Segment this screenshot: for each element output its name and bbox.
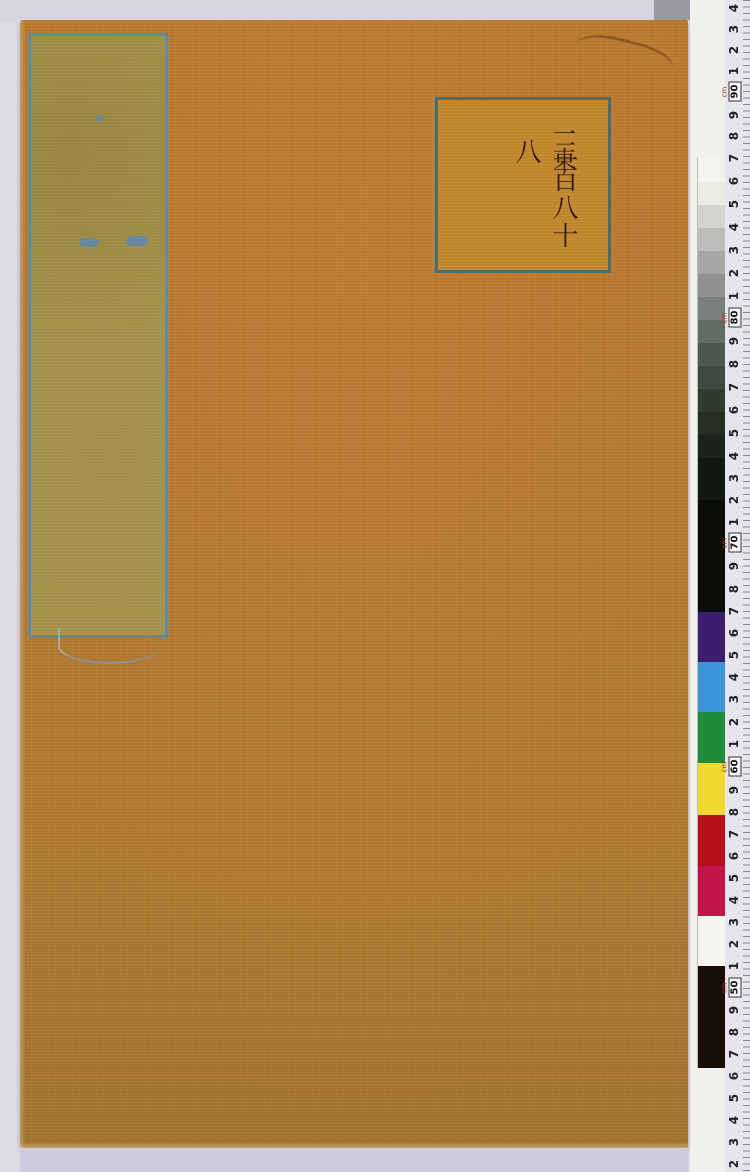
book-cover: 一東 二百八十八 xyxy=(20,20,688,1148)
ruler-label: 7 xyxy=(727,1047,741,1061)
title-slip xyxy=(28,33,168,638)
ruler-unit-label: cm xyxy=(720,538,728,549)
ruler-label: 3 xyxy=(727,22,741,36)
ruler-label: 9 xyxy=(727,783,741,797)
ruler-major-label: 90 xyxy=(729,82,742,102)
ruler-major-label: 80 xyxy=(729,308,742,328)
ruler-label: 8 xyxy=(727,357,741,371)
ruler-label: 1 xyxy=(727,737,741,751)
gray-patch xyxy=(698,157,726,182)
ruler-label: 1 xyxy=(727,289,741,303)
ruler-label: 3 xyxy=(727,471,741,485)
ruler-label: 4 xyxy=(727,1,741,15)
ruler-label: 6 xyxy=(727,174,741,188)
slip-stain xyxy=(126,236,148,246)
gray-patch xyxy=(698,458,726,500)
ruler-label: 2 xyxy=(727,43,741,57)
ruler-label: 1 xyxy=(727,515,741,529)
ruler-label: 6 xyxy=(727,626,741,640)
ruler-label: 4 xyxy=(727,893,741,907)
gray-patch xyxy=(698,366,726,389)
book-spine-edge xyxy=(20,20,25,1148)
ruler-label: 5 xyxy=(727,426,741,440)
ruler-unit-label: cm xyxy=(720,313,728,324)
ruler-label: 9 xyxy=(727,559,741,573)
ruler-label: 3 xyxy=(727,1135,741,1149)
ruler-label: 4 xyxy=(727,449,741,463)
corner-crease xyxy=(570,28,677,94)
gray-patch xyxy=(698,389,726,412)
ruler-label: 7 xyxy=(727,827,741,841)
color-patch-white xyxy=(698,916,726,966)
gray-patch xyxy=(698,320,726,343)
ruler-label: 8 xyxy=(727,582,741,596)
color-patch-purple xyxy=(698,612,726,662)
ruler-major-label: 60 xyxy=(729,757,742,777)
ruler-label: 5 xyxy=(727,1091,741,1105)
color-calibration-chart xyxy=(697,157,726,1068)
slip-stain xyxy=(95,116,103,121)
ruler-unit-label: cm xyxy=(720,87,728,98)
gray-patch xyxy=(698,500,726,612)
ruler-label: 9 xyxy=(727,334,741,348)
color-patch-black xyxy=(698,966,726,1068)
color-patch-light-blue xyxy=(698,662,726,712)
ruler-label: 9 xyxy=(727,108,741,122)
ruler-label: 7 xyxy=(727,604,741,618)
ruler-label: 8 xyxy=(727,1025,741,1039)
color-patch-green xyxy=(698,712,726,763)
backdrop-shadow xyxy=(654,0,690,20)
gray-patch xyxy=(698,228,726,251)
ruler-unit-label: cm xyxy=(720,983,728,994)
loose-thread xyxy=(58,628,160,664)
gray-patch xyxy=(698,343,726,366)
gray-patch xyxy=(698,182,726,205)
ruler-label: 2 xyxy=(727,715,741,729)
ruler-label: 1 xyxy=(727,959,741,973)
ruler-label: 4 xyxy=(727,1113,741,1127)
ruler-major-label: 50 xyxy=(729,978,742,998)
ruler-label: 7 xyxy=(727,380,741,394)
ruler-label: 6 xyxy=(727,1069,741,1083)
ruler-label: 2 xyxy=(727,266,741,280)
color-patch-magenta xyxy=(698,866,726,916)
ruler-label: 5 xyxy=(727,648,741,662)
shelf-label: 一東 二百八十八 xyxy=(435,97,611,273)
ruler-label: 9 xyxy=(727,1003,741,1017)
ruler-label: 2 xyxy=(727,493,741,507)
gray-patch xyxy=(698,205,726,228)
ruler-label: 5 xyxy=(727,197,741,211)
ruler-label: 3 xyxy=(727,915,741,929)
label-text-column-2: 二百八十八 xyxy=(508,138,582,270)
ruler-label: 3 xyxy=(727,243,741,257)
book-shadow xyxy=(20,1148,688,1172)
ruler-label: 8 xyxy=(727,129,741,143)
ruler-label: 3 xyxy=(727,692,741,706)
ruler-label: 4 xyxy=(727,670,741,684)
ruler-label: 2 xyxy=(727,937,741,951)
ruler-label: 5 xyxy=(727,871,741,885)
ruler-label: 6 xyxy=(727,403,741,417)
ruler-label: 1 xyxy=(727,64,741,78)
slip-stain xyxy=(79,238,99,247)
ruler-label: 6 xyxy=(727,849,741,863)
ruler-label: 7 xyxy=(727,151,741,165)
gray-patch xyxy=(698,412,726,435)
backdrop xyxy=(0,0,690,22)
gray-patch xyxy=(698,274,726,297)
ruler-label: 8 xyxy=(727,805,741,819)
ruler: 432190cm98765432180cm98765432170cm987654… xyxy=(725,0,750,1172)
ruler-label: 2 xyxy=(727,1157,741,1171)
ruler-label: 4 xyxy=(727,220,741,234)
ruler-major-label: 70 xyxy=(729,533,742,553)
gray-patch xyxy=(698,251,726,274)
calibration-panel: 432190cm98765432180cm98765432170cm987654… xyxy=(690,0,750,1172)
color-patch-red xyxy=(698,815,726,866)
ruler-unit-label: cm xyxy=(720,762,728,773)
gray-patch xyxy=(698,435,726,458)
